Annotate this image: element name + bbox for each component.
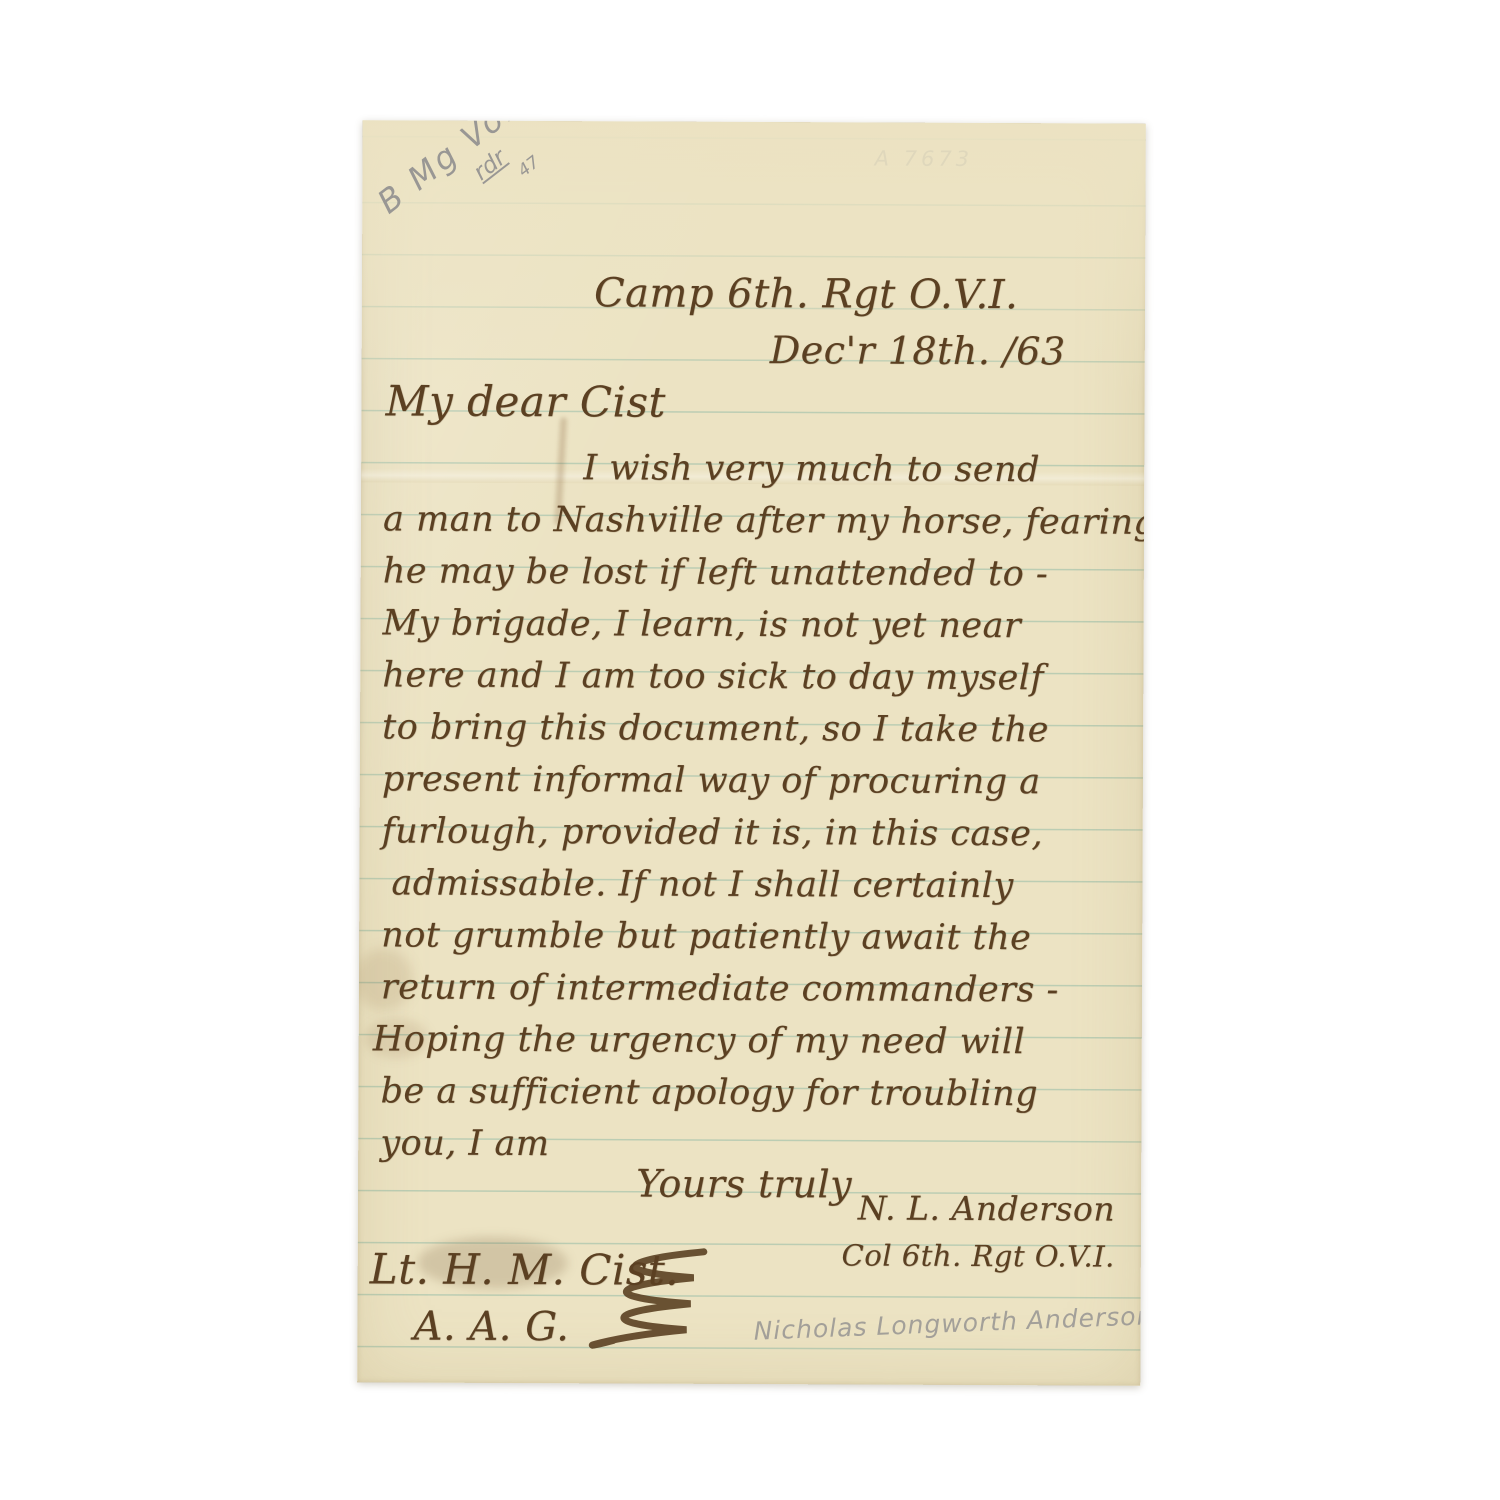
letter-heading-place: Camp 6th. Rgt O.V.I. [594,271,1018,317]
letter-body-line: Hoping the urgency of my need will [373,1020,1026,1061]
letter-body-line: you, I am [380,1124,549,1163]
scan-background: B Mg Vol rdr 47 A 7673 Camp 6th. Rgt O.V… [0,0,1500,1500]
letter-body-line: a man to Nashville after my horse, feari… [383,500,1146,542]
signature-rank: Col 6th. Rgt O.V.I. [842,1241,1115,1274]
letter-body-line: be a sufficient apology for troubling [380,1072,1038,1113]
letter-body-line: not grumble but patiently await the [381,916,1031,957]
letter-body-line: I wish very much to send [583,449,1040,489]
letter-heading-date: Dec'r 18th. /63 [770,330,1066,373]
letter-body-line: return of intermediate commanders - [381,968,1059,1009]
letter-salutation: My dear Cist [385,378,665,425]
ink-flourish-squiggle [547,1245,712,1362]
letter-body-line: he may be lost if left unattended to - [383,552,1049,593]
signature-block: N. L. Anderson Col 6th. Rgt O.V.I. [842,1190,1116,1273]
pencil-annotation-top-left: B Mg Vol rdr 47 [370,120,553,260]
letter-body-line: My brigade, I learn, is not yet near [382,604,1021,645]
letter-body-line: present informal way of procuring a [382,760,1041,801]
pencil-annotation-identification: Nicholas Longworth Anderson [753,1301,1146,1346]
letter-body-line: admissable. If not I shall certainly [391,864,1013,905]
letter-paper: B Mg Vol rdr 47 A 7673 Camp 6th. Rgt O.V… [357,120,1145,1385]
letter-body-line: furlough, provided it is, in this case, [382,812,1044,853]
letter-closing: Yours truly [636,1164,852,1207]
pencil-annotation-top-right: A 7673 [875,147,974,171]
letter-body-line: here and I am too sick to day myself [382,656,1044,697]
docket-addressee-title: A. A. G. [413,1305,569,1350]
letter-body-line: to bring this document, so I take the [382,708,1049,749]
signature-name: N. L. Anderson [842,1190,1115,1227]
